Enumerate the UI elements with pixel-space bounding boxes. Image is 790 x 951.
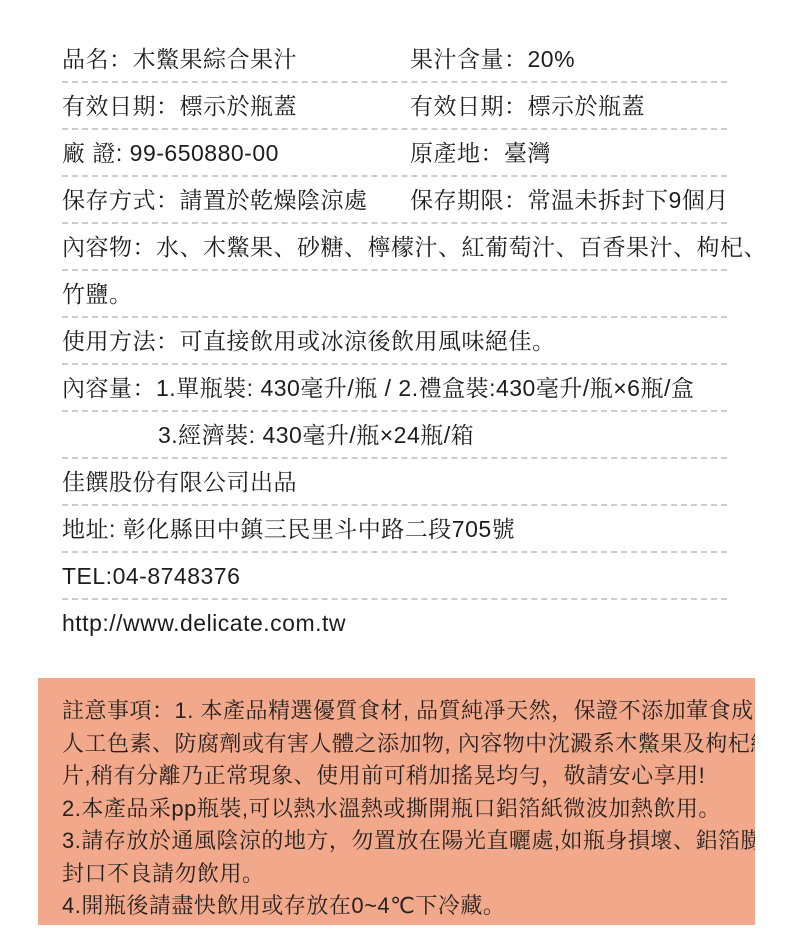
info-row-ingredients-2: 竹鹽。	[62, 271, 727, 318]
info-row-expiry: 有效日期：標示於瓶蓋 有效日期：標示於瓶蓋	[62, 83, 727, 130]
shelf-life-text: 保存期限：常温未拆封下9個月	[410, 187, 729, 213]
notes-line-6: 封口不良請勿飲用。	[62, 858, 737, 891]
product-info-table: 品名：木鱉果綜合果汁 果汁含量：20% 有效日期：標示於瓶蓋 有效日期：標示於瓶…	[62, 36, 727, 645]
info-row-usage: 使用方法：可直接飲用或冰涼後飲用風味絕佳。	[62, 318, 727, 365]
info-row-website: http://www.delicate.com.tw	[62, 600, 727, 645]
factory-license-text: 廠 證: 99-650880-00	[62, 140, 410, 166]
usage-text: 使用方法：可直接飲用或冰涼後飲用風味絕佳。	[62, 328, 556, 354]
manufacturer-text: 佳饌股份有限公司出品	[62, 469, 297, 495]
info-row-storage: 保存方式：請置於乾燥陰涼處 保存期限：常温未拆封下9個月	[62, 177, 727, 224]
notes-line-4: 2.本產品采pp瓶裝,可以熱水溫熱或撕開瓶口鋁箔紙微波加熱飲用。	[62, 793, 737, 826]
expiry-date-left-text: 有效日期：標示於瓶蓋	[62, 93, 410, 119]
ingredients-line-2: 竹鹽。	[62, 281, 133, 307]
volume-line-2: 3.經濟裝: 430毫升/瓶×24瓶/箱	[62, 422, 474, 448]
website-url-text: http://www.delicate.com.tw	[62, 610, 346, 636]
volume-line-1: 內容量：1.單瓶裝: 430毫升/瓶 / 2.禮盒裝:430毫升/瓶×6瓶/盒	[62, 375, 694, 401]
info-row-ingredients-1: 內容物：水、木鱉果、砂糖、檸檬汁、紅葡萄汁、百香果汁、枸杞、	[62, 224, 727, 271]
address-text: 地址: 彰化縣田中鎮三民里斗中路二段705號	[62, 516, 515, 542]
phone-text: TEL:04-8748376	[62, 563, 240, 589]
notes-box: 註意事項：1. 本產品精選優質食材, 品質純凈天然，保證不添加葷食成份、 人工色…	[38, 678, 755, 925]
info-row-volume-1: 內容量：1.單瓶裝: 430毫升/瓶 / 2.禮盒裝:430毫升/瓶×6瓶/盒	[62, 365, 727, 412]
origin-text: 原產地：臺灣	[410, 140, 727, 166]
expiry-date-right-text: 有效日期：標示於瓶蓋	[410, 93, 727, 119]
storage-method-text: 保存方式：請置於乾燥陰涼處	[62, 187, 410, 213]
notes-line-5: 3.請存放於通風陰涼的地方，勿置放在陽光直曬處,如瓶身損壞、鋁箔膨脹或	[62, 825, 737, 858]
info-row-product-name: 品名：木鱉果綜合果汁 果汁含量：20%	[62, 36, 727, 83]
info-row-manufacturer: 佳饌股份有限公司出品	[62, 459, 727, 506]
info-row-license: 廠 證: 99-650880-00 原產地：臺灣	[62, 130, 727, 177]
ingredients-line-1: 內容物：水、木鱉果、砂糖、檸檬汁、紅葡萄汁、百香果汁、枸杞、	[62, 234, 767, 260]
product-label-sheet: 品名：木鱉果綜合果汁 果汁含量：20% 有效日期：標示於瓶蓋 有效日期：標示於瓶…	[0, 0, 790, 951]
notes-line-7: 4.開瓶後請盡快飲用或存放在0~4℃下冷藏。	[62, 890, 737, 923]
product-name-text: 品名：木鱉果綜合果汁	[62, 46, 410, 72]
info-row-volume-2: 3.經濟裝: 430毫升/瓶×24瓶/箱	[62, 412, 727, 459]
info-row-address: 地址: 彰化縣田中鎮三民里斗中路二段705號	[62, 506, 727, 553]
notes-line-2: 人工色素、防腐劑或有害人體之添加物, 內容物中沈澱系木鱉果及枸杞細碎	[62, 728, 737, 761]
notes-line-1: 註意事項：1. 本產品精選優質食材, 品質純凈天然，保證不添加葷食成份、	[62, 695, 737, 728]
juice-content-text: 果汁含量：20%	[410, 46, 727, 72]
notes-line-3: 片,稍有分離乃正常現象、使用前可稍加搖晃均勻，敬請安心享用!	[62, 760, 737, 793]
info-row-phone: TEL:04-8748376	[62, 553, 727, 600]
